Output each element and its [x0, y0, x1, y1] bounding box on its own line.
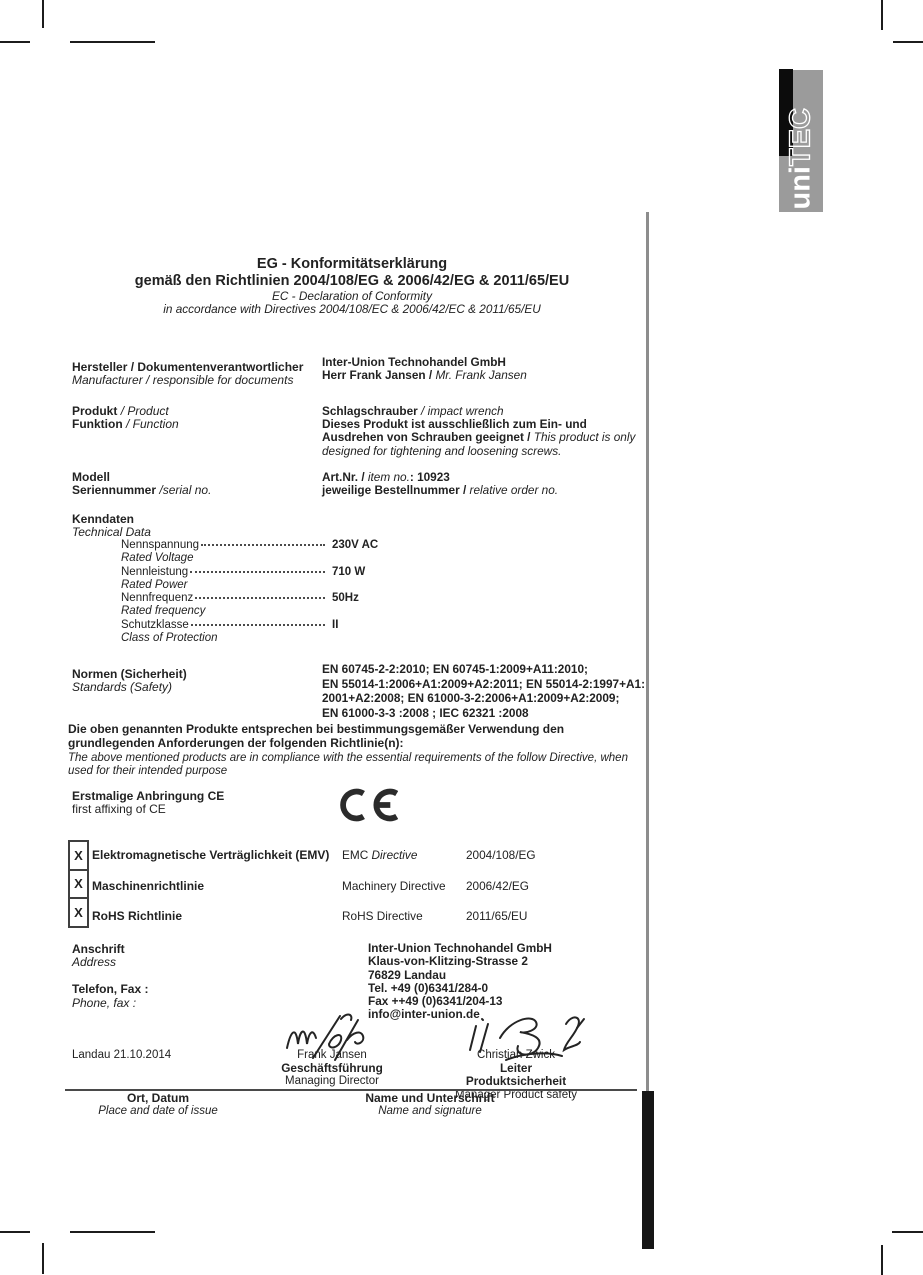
unitec-logo: uniTEC [779, 70, 823, 212]
spec-rated-frequency: Nennfrequenz50Hz Rated frequency [121, 592, 421, 618]
directive-row-rohs: RoHS Richtlinie [92, 909, 182, 923]
address-label: Anschrift Address Telefon, Fax : Phone, … [72, 943, 148, 1010]
logo-text-tec: TEC [785, 108, 817, 166]
spec-rated-power: Nennleistung710 W Rated Power [121, 566, 421, 592]
logo-wordmark: uniTEC [787, 114, 816, 210]
crop-mark-top-segment [70, 41, 155, 43]
model-value: Art.Nr. / item no.: 10923 jeweilige Best… [322, 471, 558, 497]
address-company: Inter-Union Technohandel GmbH [368, 942, 552, 955]
crop-mark-bottom-right-horizontal [892, 1231, 923, 1233]
logo-text-uni: uni [785, 166, 817, 210]
address-phone: Tel. +49 (0)6341/284-0 [368, 982, 552, 995]
checkbox-machinery: X [68, 869, 89, 900]
dotted-leader [190, 571, 325, 573]
bottom-right-black-bar [642, 1091, 654, 1249]
signatory-1-role-english: Managing Director [276, 1075, 388, 1088]
manufacturer-value: Inter-Union Technohandel GmbH Herr Frank… [322, 356, 527, 382]
directive-row-machinery: Maschinenrichtlinie [92, 879, 204, 893]
item-number: : 10923 [410, 470, 450, 484]
title-german: EG - Konformitätserklärung [65, 256, 639, 273]
right-gray-rule [646, 212, 649, 1091]
address-city: 76829 Landau [368, 969, 552, 982]
crop-mark-top-right-horizontal [893, 41, 923, 43]
technical-data-label: Kenndaten Technical Data [72, 513, 151, 539]
directive-checkbox-column: X X X [68, 840, 89, 928]
declaration-document-page: uniTEC EG - Konformitätserklärung gemäß … [0, 0, 923, 1275]
model-label: Modell Seriennummer /serial no. [72, 471, 211, 497]
dotted-leader [201, 544, 325, 546]
compliance-statement: Die oben genannten Produkte entsprechen … [68, 723, 644, 778]
crop-mark-top-left-horizontal [0, 41, 30, 43]
crop-mark-bottom-right-vertical [881, 1245, 883, 1275]
crop-mark-bottom-left-horizontal [0, 1231, 30, 1233]
directive-row-machinery-number: 2006/42/EG [466, 879, 529, 893]
standards-list: EN 60745-2-2:2010; EN 60745-1:2009+A11:2… [322, 662, 654, 720]
title-directives: gemäß den Richtlinien 2004/108/EG & 2006… [65, 273, 639, 290]
signatory-1-block: Frank Jansen Geschäftsführung Managing D… [276, 1049, 388, 1089]
ce-mark-icon [334, 785, 398, 825]
place-date-value: Landau 21.10.2014 [72, 1049, 171, 1062]
spec-rated-voltage: Nennspannung230V AC Rated Voltage [121, 539, 421, 565]
dotted-leader [191, 624, 325, 626]
directive-row-machinery-english: Machinery Directive [342, 879, 446, 893]
signatory-2-role-german: Leiter Produktsicherheit [452, 1062, 580, 1088]
dotted-leader [195, 597, 325, 599]
manufacturer-label: Hersteller / Dokumentenverantwortlicher … [72, 361, 303, 387]
checkbox-emv: X [68, 840, 89, 871]
footer-place-date: Ort, Datum Place and date of issue [72, 1092, 244, 1118]
product-value: Schlagschrauber / impact wrench Dieses P… [322, 405, 644, 458]
address-fax: Fax ++49 (0)6341/204-13 [368, 995, 552, 1008]
spec-protection-class: SchutzklasseII Class of Protection [121, 619, 421, 645]
crop-mark-bottom-left-vertical [42, 1243, 44, 1274]
directive-row-emv-english: EMC Directive [342, 848, 417, 862]
checkbox-rohs: X [68, 897, 89, 928]
signatory-1-role-german: Geschäftsführung [276, 1062, 388, 1075]
crop-mark-top-right-vertical [881, 0, 883, 30]
directive-row-rohs-english: RoHS Directive [342, 909, 423, 923]
document-title-block: EG - Konformitätserklärung gemäß den Ric… [65, 256, 639, 316]
technical-data-list: Nennspannung230V AC Rated Voltage Nennle… [121, 539, 421, 645]
title-directives-english: in accordance with Directives 2004/108/E… [65, 303, 639, 316]
address-street: Klaus-von-Klitzing-Strasse 2 [368, 955, 552, 968]
crop-mark-top-left-vertical [42, 0, 44, 28]
directive-row-emv-number: 2004/108/EG [466, 848, 536, 862]
directive-row-rohs-number: 2011/65/EU [466, 909, 527, 923]
standards-label: Normen (Sicherheit) Standards (Safety) [72, 668, 187, 694]
ce-affixing-label: Erstmalige Anbringung CE first affixing … [72, 790, 224, 816]
directive-row-emv: Elektromagnetische Verträglichkeit (EMV) [92, 848, 329, 862]
footer-name-signature: Name und Unterschrift Name and signature [330, 1092, 530, 1118]
crop-mark-bottom-segment [70, 1231, 155, 1233]
product-label: Produkt / Product Funktion / Function [72, 405, 179, 431]
